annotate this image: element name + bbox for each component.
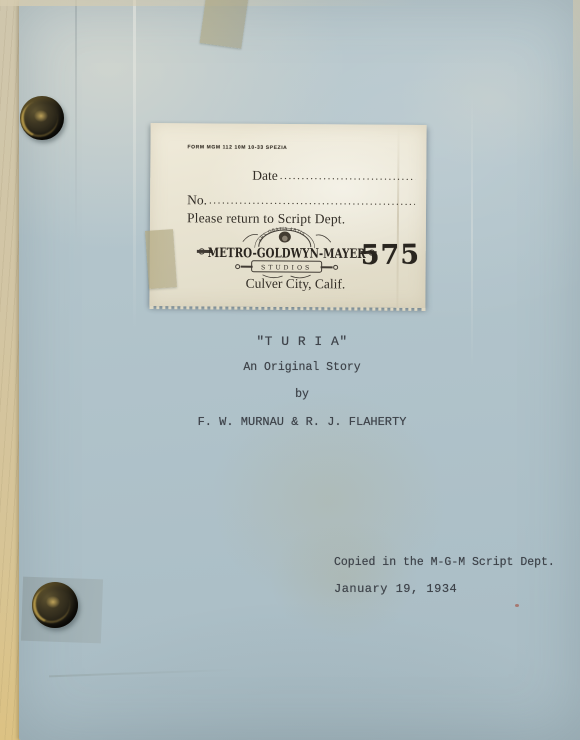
- tape-strip-on-label: [145, 229, 177, 289]
- worn-right-edge: [573, 0, 580, 190]
- form-number-line: FORM MGM 112 10M 10-33 SPEZIA: [187, 144, 287, 151]
- brass-fastener-top: [20, 96, 64, 140]
- mgm-logo: ARS GRATIA ARTIS METRO-GOLDWYN-MAYER STU…: [197, 220, 377, 279]
- script-cover-photo: FORM MGM 112 10M 10-33 SPEZIA Date......…: [0, 0, 580, 740]
- date-row: Date....................................…: [252, 168, 415, 185]
- crease-line: [49, 669, 239, 678]
- crease-line: [75, 0, 77, 240]
- crease-line: [471, 90, 473, 370]
- date-label: Date: [252, 168, 278, 184]
- logo-studios-word: STUDIOS: [261, 264, 312, 271]
- script-title: "T U R I A": [150, 334, 454, 349]
- byline-word: by: [150, 388, 454, 401]
- red-speck: [515, 604, 519, 607]
- mgm-script-dept-label: FORM MGM 112 10M 10-33 SPEZIA Date......…: [149, 123, 426, 308]
- city-line: Culver City, Calif.: [165, 275, 425, 293]
- date-dotted-line: ........................................…: [280, 170, 416, 183]
- no-label: No.: [187, 192, 207, 208]
- logo-studio-name: METRO-GOLDWYN-MAYER: [208, 246, 366, 262]
- brass-fastener-bottom: [32, 582, 78, 628]
- tape-strip-top: [200, 0, 249, 49]
- copied-date-line: January 19, 1934: [334, 582, 457, 596]
- number-row: No......................................…: [187, 192, 415, 210]
- copied-dept-line: Copied in the M-G-M Script Dept.: [334, 556, 555, 569]
- stamp-number: 575: [361, 239, 421, 271]
- crease-line: [133, 0, 136, 330]
- no-dotted-line: ........................................…: [209, 194, 415, 207]
- script-subtitle: An Original Story: [150, 361, 454, 374]
- stain-mark: [269, 520, 419, 640]
- authors-line: F. W. MURNAU & R. J. FLAHERTY: [150, 415, 454, 429]
